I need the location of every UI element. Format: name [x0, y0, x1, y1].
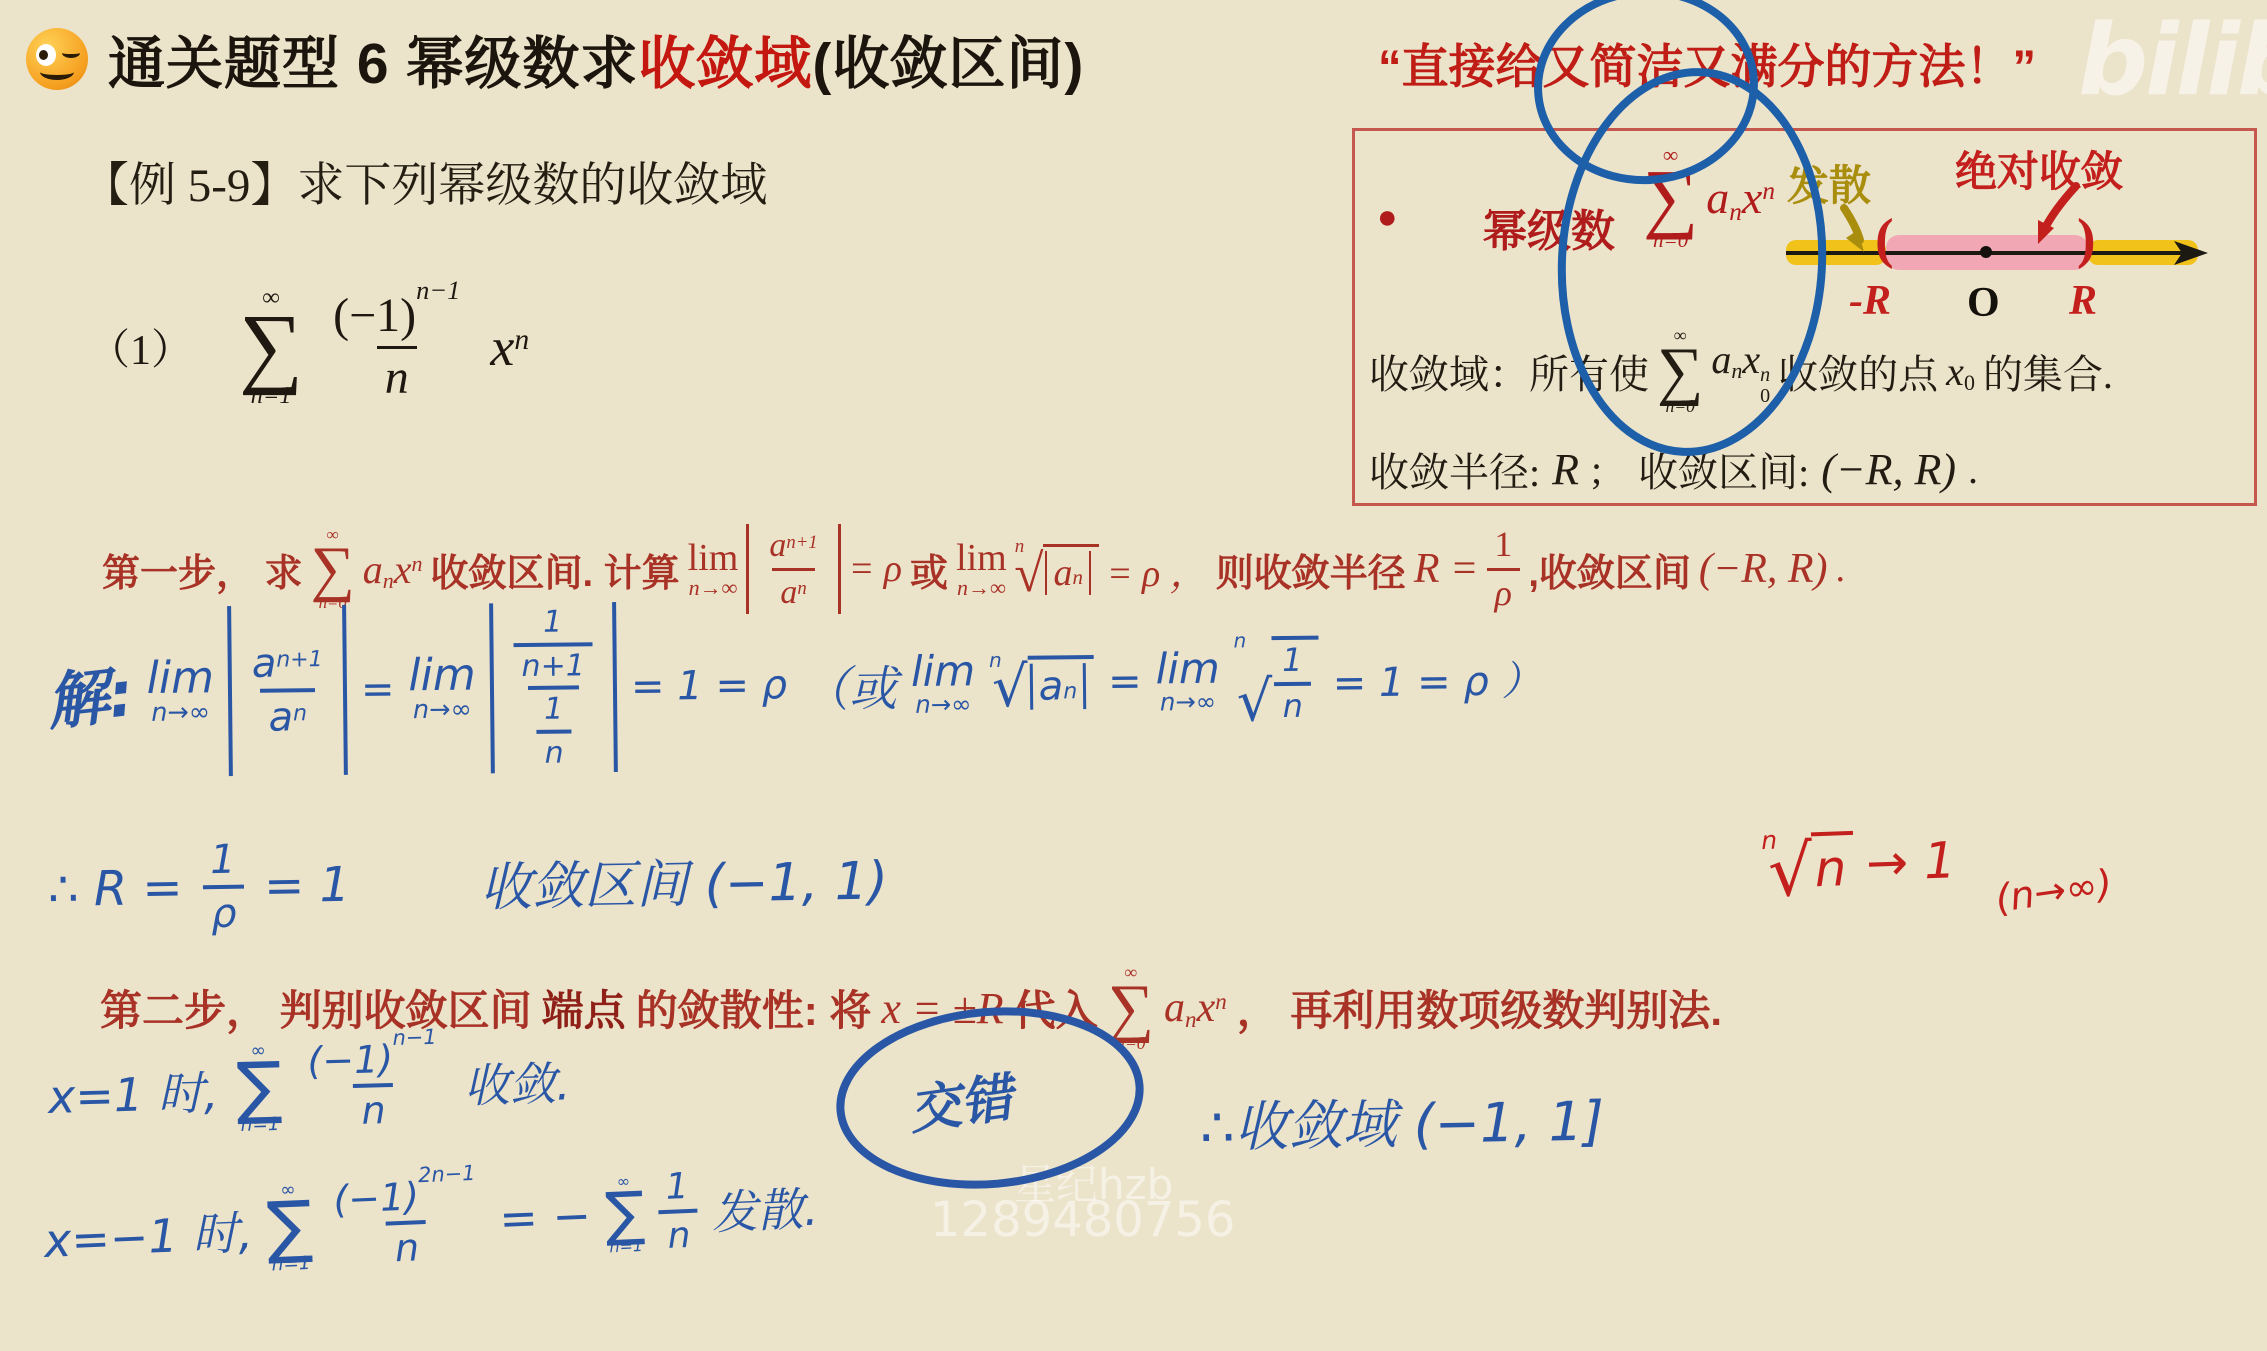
- term-x-exp: n: [412, 551, 423, 576]
- lecture-slide: 通关题型 6 幂级数求收敛域(收敛区间) “直接给又简洁又满分的方法！” bil…: [0, 0, 2267, 1351]
- sigma-glyph: ∑: [1643, 166, 1698, 230]
- sum-lower-limit: n=0: [1116, 1035, 1146, 1053]
- endpoint-x1-line: x=1 时, ∞ ∑ n=1 (−1)n−1 n 收敛.: [47, 1034, 572, 1141]
- sigma-glyph: ∑: [311, 544, 355, 595]
- sum-symbol: ∞ ∑ n=0: [1643, 145, 1698, 251]
- root-index: n: [1015, 536, 1025, 558]
- semicolon: ;: [1591, 446, 1602, 493]
- root-index: n: [989, 648, 1002, 672]
- root-body: n: [1811, 831, 1855, 898]
- equals-one: = 1: [264, 857, 351, 914]
- step1-interval: (−R, R): [1699, 545, 1828, 593]
- quote-text: “直接给又简洁又满分的方法！”: [1378, 30, 2036, 97]
- frac-rho: ρ: [203, 885, 245, 936]
- ratio-den: a: [268, 696, 293, 738]
- frac-num-exp: 2n−1: [418, 1163, 476, 1187]
- limit-operator: limn→∞: [688, 539, 739, 599]
- fraction-denominator: n: [377, 346, 417, 403]
- nth-root-abs-a: n √ an: [989, 655, 1094, 710]
- domain-mid-text: 收敛的点: [1778, 343, 1938, 400]
- ratio-num: a: [252, 643, 277, 685]
- mini-num: 1: [536, 694, 571, 730]
- frac-num: (−1): [333, 1177, 420, 1220]
- step1-mid: 收敛区间. 计算: [431, 542, 680, 597]
- diverges-text: 发散.: [710, 1173, 819, 1243]
- power-series-formula: ∞ ∑ n=0 anxn: [1643, 145, 1775, 251]
- radical-glyph: √: [1237, 680, 1273, 724]
- into-text: 代入: [1014, 978, 1098, 1038]
- sigma-glyph: ∑: [265, 1199, 313, 1257]
- or-text: 或: [910, 542, 948, 597]
- or-open-paren: （或: [801, 650, 898, 720]
- equals-one-rho-close: = 1 = ρ ）: [1332, 649, 1541, 708]
- frac-den: n: [353, 1083, 394, 1132]
- variable-x: x: [490, 317, 514, 377]
- radius-interval-line: 收敛半径: R ; 收敛区间: (−R, R) .: [1369, 441, 1978, 498]
- interval-bracket-right: ): [2077, 207, 2096, 271]
- sum-lower-limit: n=1: [609, 1238, 643, 1255]
- interval-label: 收敛区间:: [1638, 441, 1809, 498]
- step1-pre: 第一步， 求: [102, 542, 303, 597]
- lim-text: lim: [146, 656, 214, 701]
- domain-x2-sub: 0: [1964, 370, 1975, 395]
- limit-operator: limn→∞: [146, 656, 214, 726]
- sum-symbol: ∞ ∑ n=0: [1108, 964, 1154, 1053]
- step2-tail: ， 再利用数项级数判别法.: [1237, 978, 1722, 1038]
- interval-bracket-left: (: [1875, 207, 1894, 271]
- sum-symbol: ∞ ∑ n=0: [311, 527, 355, 611]
- tick-label-pos-r: R: [2069, 277, 2097, 325]
- power-series-label: 幂级数: [1483, 195, 1615, 259]
- variable-exponent: n: [514, 324, 529, 356]
- equals: =: [1108, 659, 1142, 705]
- lim-subscript: n→∞: [957, 577, 1006, 599]
- equals-rho: = ρ: [849, 547, 902, 591]
- sum-lower-limit: n=1: [240, 1116, 279, 1135]
- nth-root-limit-note: n √ n → 1 (n→∞): [1761, 822, 2112, 900]
- step2-emphasis: 端点: [542, 978, 626, 1038]
- term-a: a: [1164, 985, 1185, 1031]
- diverge-label: 发散: [1787, 153, 1871, 213]
- domain-a: a: [1711, 337, 1731, 382]
- radius-equation: R =: [1414, 545, 1479, 593]
- page-title-suffix: (收敛区间): [812, 32, 1084, 96]
- lim-subscript: n→∞: [1160, 690, 1216, 715]
- solution-line1: 解: limn→∞ an+1 an = limn→∞ 1n+1 1n = 1 =…: [45, 592, 1542, 778]
- sum-symbol: ∞ ∑ n=1: [265, 1181, 315, 1276]
- sum-lower-limit: n=0: [1665, 398, 1695, 416]
- root-a-sub: n: [1063, 679, 1077, 704]
- sigma-glyph: ∑: [239, 310, 303, 384]
- lim-subscript: n→∞: [151, 701, 210, 727]
- lim-subscript: n→∞: [413, 698, 472, 724]
- sum-lower-limit: n=1: [251, 384, 292, 408]
- radius-label: 收敛半径:: [1369, 441, 1540, 498]
- converges-text: 收敛.: [463, 1048, 571, 1117]
- series-term: anxn: [1706, 171, 1775, 224]
- frac-num-exp: n−1: [392, 1027, 437, 1050]
- root-a: a: [1053, 551, 1072, 595]
- sum-symbol: ∞ ∑ n=1: [603, 1173, 646, 1255]
- series-fraction: (−1)n−1 n: [325, 291, 468, 403]
- sum-symbol: ∞ ∑ n=1: [239, 286, 303, 408]
- ratio-num: a: [769, 528, 786, 564]
- period: .: [1968, 446, 1978, 493]
- period: .: [1836, 547, 1846, 591]
- sum-symbol: ∞ ∑ n=1: [235, 1042, 283, 1136]
- step2-term: anxn: [1164, 984, 1227, 1032]
- step1-tail: ,收敛区间: [1528, 542, 1691, 597]
- sigma-glyph: ∑: [1657, 345, 1703, 398]
- mini-den: n: [536, 729, 571, 769]
- equals: =: [361, 666, 395, 712]
- limit-operator: limn→∞: [408, 654, 476, 724]
- domain-point: x0: [1946, 348, 1975, 395]
- frac-den: n: [659, 1209, 700, 1256]
- fraction-numerator: (−1): [333, 291, 416, 341]
- radical-glyph: √: [992, 666, 1028, 710]
- frac-num: 1: [657, 1167, 698, 1210]
- root-index: n: [1233, 629, 1246, 653]
- term-a: a: [363, 547, 383, 592]
- lim-text: lim: [408, 654, 476, 699]
- domain-definition-line: 收敛域：所有使 ∞ ∑ n=0 anxn0 收敛的点 x0 的集合.: [1369, 327, 2113, 416]
- lim-subscript: n→∞: [689, 577, 738, 599]
- ratio-den-sub: n: [293, 702, 307, 744]
- radius-value: R: [1552, 444, 1579, 495]
- page-title: 通关题型 6 幂级数求收敛域(收敛区间): [108, 18, 1084, 100]
- nth-root: n √ an: [1015, 544, 1099, 595]
- domain-x2: x: [1946, 349, 1964, 394]
- x-equals-neg-one: x=−1 时,: [43, 1197, 254, 1272]
- lim-text: lim: [1155, 648, 1220, 691]
- root-index: n: [1761, 826, 1778, 856]
- lim-text: lim: [911, 650, 976, 693]
- term-x: x: [1197, 985, 1216, 1031]
- mini-den: n+1: [513, 642, 593, 682]
- domain-conclusion: ∴收敛域 (−1, 1]: [1199, 1078, 1604, 1162]
- mini-den: n: [1274, 682, 1311, 724]
- example-heading: 【例 5-9】求下列幂级数的收敛域: [82, 148, 767, 215]
- domain-x: x: [1742, 337, 1760, 382]
- convergence-interval-note: 收敛区间 (−1, 1): [479, 838, 888, 920]
- radius-conclusion-line: ∴ R = 1 ρ = 1 收敛区间 (−1, 1): [47, 827, 889, 938]
- radical-glyph: √: [1014, 553, 1043, 594]
- interval-value: (−R, R): [1821, 444, 1956, 495]
- domain-x-sub: 0: [1760, 386, 1770, 407]
- alternating-series-note: 交错: [903, 1055, 1016, 1144]
- frac-one: 1: [202, 839, 244, 886]
- ratio-fraction: an+1 an: [761, 528, 825, 610]
- frac-num: (−1): [307, 1040, 394, 1082]
- limit-operator: limn→∞: [956, 539, 1007, 599]
- lim-text: lim: [956, 539, 1007, 577]
- equals-negative: = −: [498, 1189, 592, 1247]
- sigma-glyph: ∑: [1108, 982, 1154, 1035]
- ratio-abs: an+1 an: [227, 605, 348, 776]
- frac-one: 1: [1486, 526, 1520, 568]
- mini-num: 1: [535, 607, 570, 643]
- term-a-sub: n: [1185, 1006, 1197, 1032]
- domain-pre-text: 收敛域：所有使: [1369, 343, 1649, 400]
- limit-operator: limn→∞: [911, 650, 976, 717]
- term-a-sub: n: [1729, 198, 1742, 226]
- term-a-sub: n: [383, 568, 394, 593]
- domain-end-text: 的集合.: [1983, 343, 2113, 400]
- limit-operator: limn→∞: [1155, 648, 1220, 715]
- step2-mid: 的敛散性: 将: [636, 978, 872, 1038]
- numerator-exponent: n−1: [416, 277, 460, 305]
- sigma-glyph: ∑: [604, 1189, 646, 1239]
- tick-label-neg-r: -R: [1849, 277, 1891, 325]
- ratio-num-sub: n+1: [786, 533, 817, 553]
- frac-den: n: [386, 1220, 428, 1270]
- top-minifrac: 1n+1: [513, 606, 593, 682]
- harmonic-fraction: 1 n: [657, 1167, 700, 1256]
- step1-term: anxn: [363, 546, 423, 593]
- nested-fraction: 1n+1 1n: [505, 606, 602, 769]
- nth-root-one-over-n: n √ 1n: [1233, 636, 1319, 724]
- nth-root-n: n √ n: [1761, 831, 1855, 900]
- tends-to-one: → 1: [1865, 831, 1957, 892]
- term-x: x: [394, 547, 412, 592]
- term-x-exp: n: [1762, 177, 1775, 205]
- mini-num: 1: [1274, 644, 1311, 682]
- example-item-label: （1）: [88, 317, 193, 377]
- domain-x-exp: n: [1760, 365, 1770, 386]
- tick-label-origin: O: [1967, 279, 2000, 327]
- domain-term: anxn0: [1711, 336, 1770, 407]
- sum-symbol: ∞ ∑ n=0: [1657, 327, 1703, 416]
- absolute-convergence-label: 绝对收敛: [1955, 139, 2123, 199]
- lim-text: lim: [688, 539, 739, 577]
- page-header: 通关题型 6 幂级数求收敛域(收敛区间): [26, 18, 1084, 100]
- uploader-uid-watermark: 1289480756: [930, 1192, 1235, 1248]
- neg-one-fraction: (−1)2n−1 n: [325, 1174, 488, 1272]
- ratio-num-sub: n+1: [276, 648, 323, 672]
- term-a: a: [1706, 172, 1729, 223]
- method-box: ● 幂级数 ∞ ∑ n=0 anxn 发散 绝对收敛 ( ) -R O R 收敛…: [1352, 128, 2257, 506]
- therefore-r-equals: ∴ R =: [48, 860, 184, 918]
- example-formula: （1） ∞ ∑ n=1 (−1)n−1 n xn: [88, 286, 529, 408]
- bilibili-logo: bilibili: [2078, 4, 2267, 118]
- lim-subscript: n→∞: [915, 692, 971, 717]
- wink-emoji-icon: [26, 28, 88, 90]
- term-x-exp: n: [1215, 988, 1227, 1014]
- one-over-rho: 1 ρ: [202, 839, 245, 936]
- ratio-fraction: an+1 an: [244, 642, 332, 739]
- bullet-icon: ●: [1377, 199, 1398, 237]
- term-x: x: [1742, 172, 1762, 223]
- bottom-minifrac: 1n: [536, 694, 572, 769]
- equals-one-rho: = 1 = ρ: [631, 662, 787, 710]
- domain-a-sub: n: [1731, 358, 1742, 383]
- step2-pre: 第二步， 判别收敛区间: [100, 978, 532, 1038]
- root-a: a: [1038, 663, 1063, 709]
- step1-then: 则收敛半径: [1216, 542, 1406, 597]
- x-equals-one: x=1 时,: [47, 1057, 219, 1127]
- page-title-highlight: 收敛域: [638, 32, 812, 96]
- equals-rho-2: = ρ ，: [1107, 542, 1208, 597]
- page-title-prefix: 通关题型 6 幂级数求: [108, 32, 638, 96]
- alternating-fraction: (−1)n−1 n: [299, 1038, 447, 1134]
- nested-ratio-abs: 1n+1 1n: [489, 602, 618, 773]
- sigma-glyph: ∑: [235, 1060, 282, 1117]
- sum-lower-limit: n=1: [271, 1255, 311, 1275]
- jie-label: 解:: [41, 643, 137, 741]
- root-a-sub: n: [1072, 565, 1082, 590]
- substitution: x = ±R: [881, 983, 1003, 1034]
- series-variable: xn: [490, 316, 529, 378]
- sum-lower-limit: n=0: [1653, 230, 1688, 251]
